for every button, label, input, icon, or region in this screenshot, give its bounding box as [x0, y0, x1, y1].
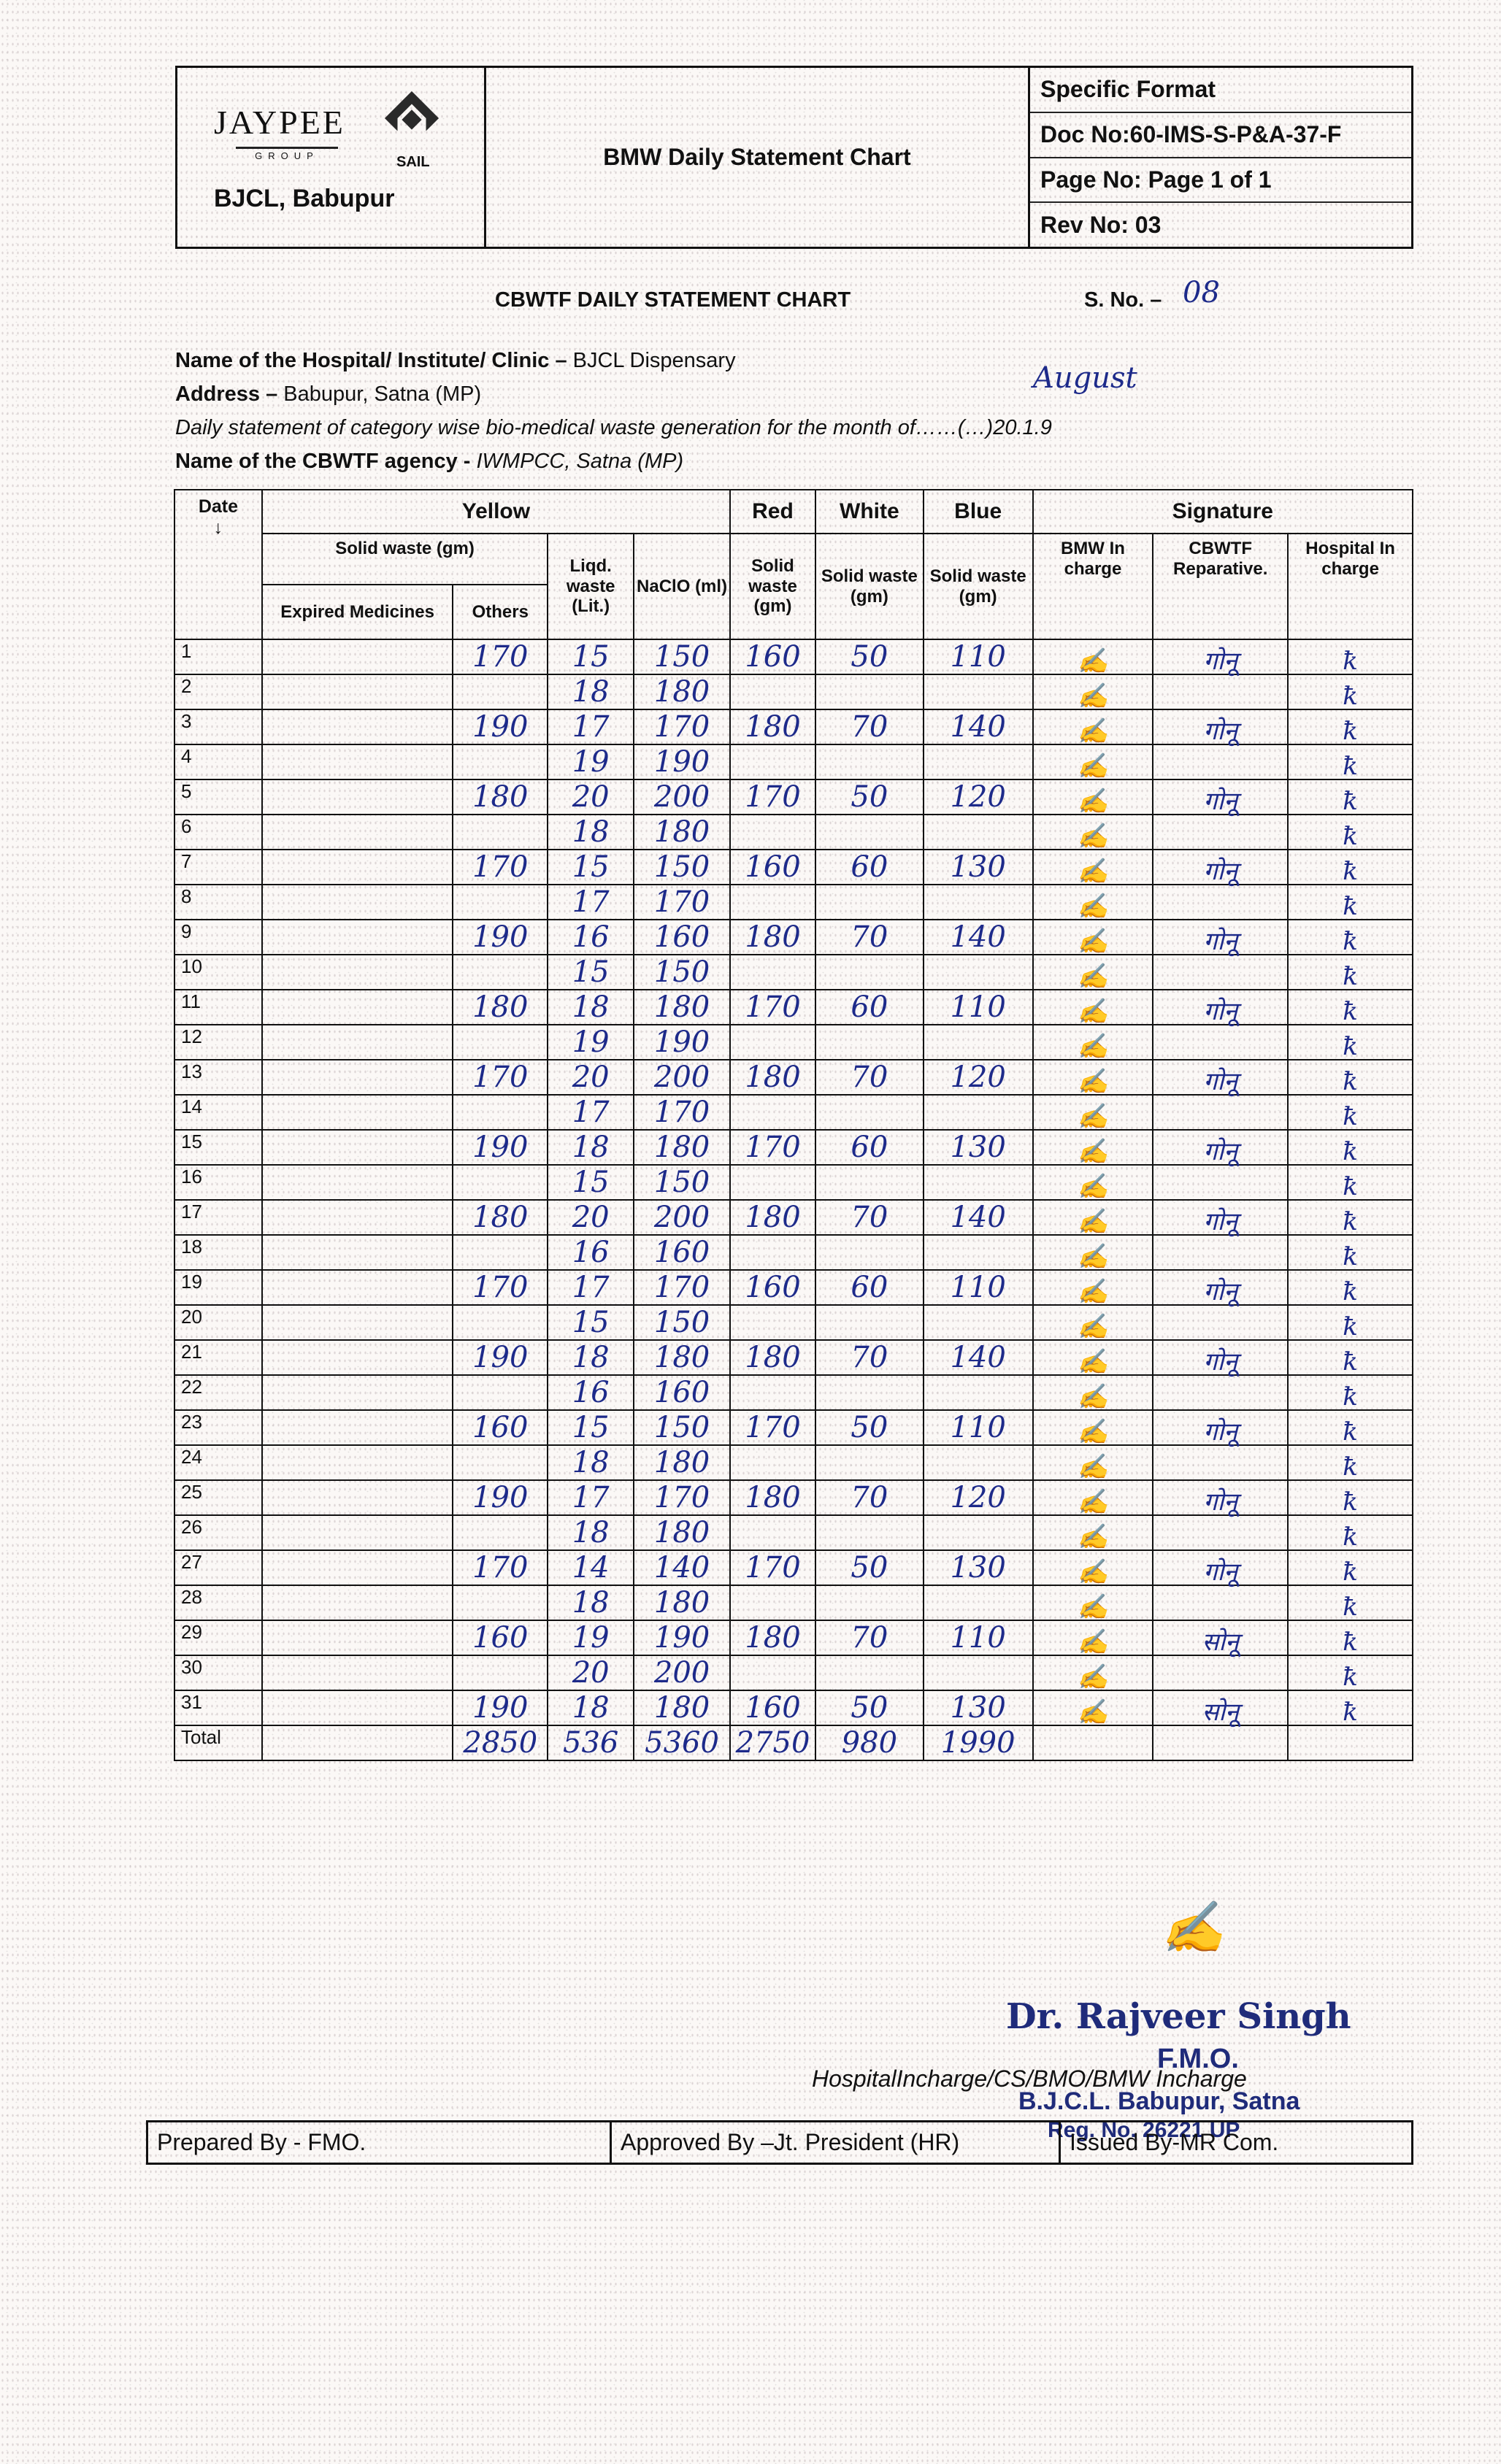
- cell-expired-medicines: [262, 1550, 453, 1585]
- cell-red-solid: 170: [730, 779, 815, 815]
- cell-expired-medicines: [262, 639, 453, 674]
- cell-expired-medicines: [262, 1515, 453, 1550]
- cell-cbwtf-signature: [1153, 1445, 1288, 1480]
- cell-liquid-waste: 18: [548, 1515, 634, 1550]
- cell-expired-medicines: [262, 1585, 453, 1620]
- cell-cbwtf-signature: [1153, 1165, 1288, 1200]
- cell-expired-medicines: [262, 1375, 453, 1410]
- cell-hospital-signature: ꝁ: [1288, 1515, 1413, 1550]
- table-row: 2216160✍ꝁ: [174, 1375, 1413, 1410]
- cell-cbwtf-signature: गोनू: [1153, 1480, 1288, 1515]
- cell-others: [453, 885, 548, 920]
- cell-others: 190: [453, 1690, 548, 1725]
- table-row: 817170✍ꝁ: [174, 885, 1413, 920]
- cell-blue-solid: [924, 1445, 1033, 1480]
- cell-naclo: 150: [634, 1165, 730, 1200]
- cell-liquid-waste: 18: [548, 1445, 634, 1480]
- cell-hospital-signature: ꝁ: [1288, 1025, 1413, 1060]
- header-white-solid: Solid waste (gm): [815, 534, 924, 639]
- cell-naclo: 180: [634, 990, 730, 1025]
- row-date: 15: [174, 1130, 262, 1165]
- cell-expired-medicines: [262, 1270, 453, 1305]
- cell-liquid-waste: 17: [548, 1095, 634, 1130]
- cell-blue-solid: [924, 1025, 1033, 1060]
- cell-blue-solid: 130: [924, 850, 1033, 885]
- jaypee-logo-subtext: GROUP: [236, 147, 338, 161]
- cell-bmw-signature: ✍: [1033, 1585, 1153, 1620]
- header-naclo: NaClO (ml): [634, 534, 730, 639]
- row-date: 28: [174, 1585, 262, 1620]
- cell-red-solid: [730, 1655, 815, 1690]
- cell-expired-medicines: [262, 1060, 453, 1095]
- cell-liquid-waste: 14: [548, 1550, 634, 1585]
- cell-others: [453, 1095, 548, 1130]
- cell-blue-solid: 110: [924, 1620, 1033, 1655]
- row-date: 22: [174, 1375, 262, 1410]
- cell-red-solid: 160: [730, 639, 815, 674]
- cell-cbwtf-signature: गोनू: [1153, 990, 1288, 1025]
- cell-blue-solid: 110: [924, 990, 1033, 1025]
- cell-cbwtf-signature: गोनू: [1153, 709, 1288, 744]
- cell-white-solid: [815, 1235, 924, 1270]
- cell-hospital-signature: ꝁ: [1288, 779, 1413, 815]
- cell-hospital-signature: ꝁ: [1288, 639, 1413, 674]
- total-hospital-blank: [1288, 1725, 1413, 1760]
- table-row: 191701717016060110✍गोनूꝁ: [174, 1270, 1413, 1305]
- cell-red-solid: 170: [730, 1550, 815, 1585]
- total-cbwtf-blank: [1153, 1725, 1288, 1760]
- agency-label: Name of the CBWTF agency -: [175, 450, 470, 473]
- cell-hospital-signature: ꝁ: [1288, 1375, 1413, 1410]
- cell-liquid-waste: 20: [548, 1060, 634, 1095]
- header-liquid-waste: Liqd. waste (Lit.): [548, 534, 634, 639]
- cell-white-solid: 70: [815, 709, 924, 744]
- cell-cbwtf-signature: गोनू: [1153, 1200, 1288, 1235]
- cell-others: [453, 1655, 548, 1690]
- cell-cbwtf-signature: [1153, 744, 1288, 779]
- cell-blue-solid: [924, 1235, 1033, 1270]
- total-label: Total: [174, 1725, 262, 1760]
- cell-naclo: 180: [634, 1690, 730, 1725]
- cell-expired-medicines: [262, 1655, 453, 1690]
- header-others: Others: [453, 585, 548, 639]
- total-expired: [262, 1725, 453, 1760]
- cell-naclo: 200: [634, 1060, 730, 1095]
- table-row: 11701515016050110✍गोनूꝁ: [174, 639, 1413, 674]
- cell-red-solid: 180: [730, 709, 815, 744]
- table-row: 311901818016050130✍सोनूꝁ: [174, 1690, 1413, 1725]
- table-row: 51802020017050120✍गोनूꝁ: [174, 779, 1413, 815]
- row-date: 25: [174, 1480, 262, 1515]
- table-row: 419190✍ꝁ: [174, 744, 1413, 779]
- month-handwritten: August: [1033, 361, 1137, 395]
- agency-line: Name of the CBWTF agency - IWMPCC, Satna…: [175, 450, 683, 474]
- cell-naclo: 150: [634, 850, 730, 885]
- cell-bmw-signature: ✍: [1033, 1095, 1153, 1130]
- cell-others: [453, 744, 548, 779]
- cell-blue-solid: 140: [924, 1340, 1033, 1375]
- cell-white-solid: [815, 744, 924, 779]
- cell-bmw-signature: ✍: [1033, 1690, 1153, 1725]
- cell-red-solid: 160: [730, 1690, 815, 1725]
- cell-white-solid: 70: [815, 1200, 924, 1235]
- table-row: 171802020018070140✍गोनूꝁ: [174, 1200, 1413, 1235]
- cell-hospital-signature: ꝁ: [1288, 850, 1413, 885]
- cell-liquid-waste: 18: [548, 1130, 634, 1165]
- cell-hospital-signature: ꝁ: [1288, 1060, 1413, 1095]
- row-date: 10: [174, 955, 262, 990]
- cell-naclo: 150: [634, 1410, 730, 1445]
- cell-liquid-waste: 15: [548, 955, 634, 990]
- cell-red-solid: 170: [730, 990, 815, 1025]
- cell-expired-medicines: [262, 1200, 453, 1235]
- document-header: JAYPEE GROUP SAIL BJCL, Babupur BMW Dail…: [175, 66, 1413, 249]
- total-naclo: 5360: [634, 1725, 730, 1760]
- cell-bmw-signature: ✍: [1033, 1270, 1153, 1305]
- row-date: 14: [174, 1095, 262, 1130]
- cell-cbwtf-signature: [1153, 1095, 1288, 1130]
- footer-box: Prepared By - FMO. Approved By –Jt. Pres…: [146, 2120, 1413, 2165]
- cell-expired-medicines: [262, 1620, 453, 1655]
- cell-bmw-signature: ✍: [1033, 1620, 1153, 1655]
- cell-expired-medicines: [262, 1235, 453, 1270]
- cell-bmw-signature: ✍: [1033, 1340, 1153, 1375]
- cell-naclo: 170: [634, 885, 730, 920]
- cell-naclo: 200: [634, 779, 730, 815]
- cell-others: 170: [453, 639, 548, 674]
- table-row: 3020200✍ꝁ: [174, 1655, 1413, 1690]
- cell-cbwtf-signature: [1153, 815, 1288, 850]
- sail-logo-icon: [383, 90, 440, 147]
- cell-naclo: 180: [634, 1340, 730, 1375]
- cell-hospital-signature: ꝁ: [1288, 815, 1413, 850]
- table-row: 1015150✍ꝁ: [174, 955, 1413, 990]
- cell-bmw-signature: ✍: [1033, 1305, 1153, 1340]
- row-date: 27: [174, 1550, 262, 1585]
- row-date: 11: [174, 990, 262, 1025]
- cell-blue-solid: 130: [924, 1130, 1033, 1165]
- cell-white-solid: [815, 674, 924, 709]
- cell-others: [453, 955, 548, 990]
- table-row: 31901717018070140✍गोनूꝁ: [174, 709, 1413, 744]
- cell-red-solid: 180: [730, 1060, 815, 1095]
- cell-hospital-signature: ꝁ: [1288, 1445, 1413, 1480]
- row-date: 3: [174, 709, 262, 744]
- cell-expired-medicines: [262, 779, 453, 815]
- cell-naclo: 150: [634, 1305, 730, 1340]
- cell-others: 160: [453, 1410, 548, 1445]
- row-date: 6: [174, 815, 262, 850]
- cell-expired-medicines: [262, 850, 453, 885]
- cell-hospital-signature: ꝁ: [1288, 1165, 1413, 1200]
- table-row: 1615150✍ꝁ: [174, 1165, 1413, 1200]
- waste-table: Date ↓ Yellow Red White Blue Signature S…: [174, 489, 1413, 1761]
- row-date: 16: [174, 1165, 262, 1200]
- cell-naclo: 180: [634, 674, 730, 709]
- cell-red-solid: 180: [730, 1340, 815, 1375]
- cell-cbwtf-signature: गोनू: [1153, 1130, 1288, 1165]
- cell-bmw-signature: ✍: [1033, 1025, 1153, 1060]
- cell-red-solid: [730, 1515, 815, 1550]
- cell-bmw-signature: ✍: [1033, 1445, 1153, 1480]
- agency-value: IWMPCC, Satna (MP): [477, 450, 684, 473]
- cell-white-solid: [815, 1515, 924, 1550]
- cell-expired-medicines: [262, 744, 453, 779]
- cell-others: 170: [453, 1060, 548, 1095]
- table-row: 111801818017060110✍गोनूꝁ: [174, 990, 1413, 1025]
- table-row: 1417170✍ꝁ: [174, 1095, 1413, 1130]
- row-date: 8: [174, 885, 262, 920]
- cell-others: [453, 1305, 548, 1340]
- cell-red-solid: 180: [730, 1480, 815, 1515]
- page-number: Page No: Page 1 of 1: [1030, 158, 1411, 204]
- cell-liquid-waste: 20: [548, 1200, 634, 1235]
- cell-bmw-signature: ✍: [1033, 1550, 1153, 1585]
- table-row: 2418180✍ꝁ: [174, 1445, 1413, 1480]
- cell-hospital-signature: ꝁ: [1288, 1550, 1413, 1585]
- cell-white-solid: 70: [815, 1480, 924, 1515]
- cell-others: 190: [453, 709, 548, 744]
- cell-naclo: 180: [634, 1445, 730, 1480]
- cell-others: [453, 1375, 548, 1410]
- doctor-signature: ✍: [1161, 1898, 1224, 1958]
- cell-red-solid: [730, 1095, 815, 1130]
- table-row: 251901717018070120✍गोनूꝁ: [174, 1480, 1413, 1515]
- cell-blue-solid: 120: [924, 779, 1033, 815]
- cell-cbwtf-signature: गोनू: [1153, 1550, 1288, 1585]
- cell-hospital-signature: ꝁ: [1288, 885, 1413, 920]
- cell-cbwtf-signature: गोनू: [1153, 639, 1288, 674]
- cell-red-solid: 170: [730, 1410, 815, 1445]
- cell-expired-medicines: [262, 1690, 453, 1725]
- cell-blue-solid: [924, 1375, 1033, 1410]
- total-row: Total2850536536027509801990: [174, 1725, 1413, 1760]
- cell-bmw-signature: ✍: [1033, 1655, 1153, 1690]
- address-line: Address – Babupur, Satna (MP): [175, 382, 481, 407]
- cell-expired-medicines: [262, 885, 453, 920]
- cell-white-solid: 60: [815, 1130, 924, 1165]
- cell-liquid-waste: 20: [548, 779, 634, 815]
- cell-white-solid: [815, 1585, 924, 1620]
- cell-expired-medicines: [262, 1130, 453, 1165]
- cell-naclo: 180: [634, 1585, 730, 1620]
- cell-others: [453, 815, 548, 850]
- cell-hospital-signature: ꝁ: [1288, 1130, 1413, 1165]
- table-row: 271701414017050130✍गोनूꝁ: [174, 1550, 1413, 1585]
- cell-liquid-waste: 19: [548, 1620, 634, 1655]
- cell-cbwtf-signature: [1153, 1585, 1288, 1620]
- cell-naclo: 190: [634, 744, 730, 779]
- cell-white-solid: [815, 1095, 924, 1130]
- cell-white-solid: 60: [815, 990, 924, 1025]
- table-row: 1219190✍ꝁ: [174, 1025, 1413, 1060]
- cell-hospital-signature: ꝁ: [1288, 1305, 1413, 1340]
- doc-number: Doc No:60-IMS-S-P&A-37-F: [1030, 113, 1411, 158]
- header-red: Red: [730, 490, 815, 534]
- row-date: 9: [174, 920, 262, 955]
- cell-expired-medicines: [262, 1340, 453, 1375]
- cell-white-solid: 60: [815, 850, 924, 885]
- cell-cbwtf-signature: [1153, 955, 1288, 990]
- cell-naclo: 200: [634, 1655, 730, 1690]
- row-date: 2: [174, 674, 262, 709]
- cell-naclo: 180: [634, 815, 730, 850]
- cell-cbwtf-signature: [1153, 1235, 1288, 1270]
- cell-others: [453, 1235, 548, 1270]
- cell-bmw-signature: ✍: [1033, 920, 1153, 955]
- cell-white-solid: 70: [815, 1340, 924, 1375]
- cell-red-solid: 180: [730, 920, 815, 955]
- cell-hospital-signature: ꝁ: [1288, 1095, 1413, 1130]
- table-row: 2015150✍ꝁ: [174, 1305, 1413, 1340]
- cell-naclo: 170: [634, 709, 730, 744]
- cell-liquid-waste: 16: [548, 920, 634, 955]
- cell-white-solid: 50: [815, 779, 924, 815]
- statement-text: Daily statement of category wise bio-med…: [175, 416, 1052, 439]
- total-bmw-blank: [1033, 1725, 1153, 1760]
- cell-blue-solid: [924, 1655, 1033, 1690]
- cell-hospital-signature: ꝁ: [1288, 1690, 1413, 1725]
- cell-naclo: 160: [634, 920, 730, 955]
- cell-blue-solid: 130: [924, 1690, 1033, 1725]
- row-date: 26: [174, 1515, 262, 1550]
- cell-red-solid: [730, 815, 815, 850]
- header-expired-medicines: Expired Medicines: [262, 585, 453, 639]
- cell-liquid-waste: 20: [548, 1655, 634, 1690]
- cell-expired-medicines: [262, 709, 453, 744]
- cell-blue-solid: 140: [924, 709, 1033, 744]
- cell-blue-solid: 110: [924, 1410, 1033, 1445]
- cell-liquid-waste: 17: [548, 709, 634, 744]
- cell-naclo: 160: [634, 1235, 730, 1270]
- total-liquid: 536: [548, 1725, 634, 1760]
- cell-others: 190: [453, 1480, 548, 1515]
- cell-hospital-signature: ꝁ: [1288, 1410, 1413, 1445]
- cell-naclo: 180: [634, 1130, 730, 1165]
- cell-expired-medicines: [262, 1095, 453, 1130]
- cell-expired-medicines: [262, 955, 453, 990]
- cell-bmw-signature: ✍: [1033, 955, 1153, 990]
- cell-bmw-signature: ✍: [1033, 1375, 1153, 1410]
- cell-liquid-waste: 16: [548, 1375, 634, 1410]
- cell-blue-solid: [924, 1305, 1033, 1340]
- hospital-label: Name of the Hospital/ Institute/ Clinic …: [175, 349, 567, 372]
- cell-liquid-waste: 15: [548, 1165, 634, 1200]
- row-date: 19: [174, 1270, 262, 1305]
- cell-naclo: 180: [634, 1515, 730, 1550]
- header-date: Date ↓: [174, 490, 262, 639]
- cell-white-solid: [815, 815, 924, 850]
- cell-red-solid: [730, 955, 815, 990]
- cell-liquid-waste: 15: [548, 1410, 634, 1445]
- cell-others: 190: [453, 1130, 548, 1165]
- row-date: 1: [174, 639, 262, 674]
- cell-expired-medicines: [262, 1410, 453, 1445]
- cell-blue-solid: 140: [924, 1200, 1033, 1235]
- cell-bmw-signature: ✍: [1033, 1410, 1153, 1445]
- cell-hospital-signature: ꝁ: [1288, 1270, 1413, 1305]
- cell-cbwtf-signature: सोनू: [1153, 1690, 1288, 1725]
- cell-white-solid: 70: [815, 920, 924, 955]
- serial-number-value: 08: [1183, 276, 1220, 309]
- cell-white-solid: [815, 885, 924, 920]
- cell-white-solid: 50: [815, 639, 924, 674]
- cell-liquid-waste: 17: [548, 885, 634, 920]
- statement-line: Daily statement of category wise bio-med…: [175, 416, 1052, 440]
- cell-white-solid: [815, 1375, 924, 1410]
- row-date: 21: [174, 1340, 262, 1375]
- section-title: CBWTF DAILY STATEMENT CHART: [495, 288, 851, 312]
- cell-naclo: 140: [634, 1550, 730, 1585]
- down-arrow-icon: ↓: [175, 517, 261, 539]
- cell-hospital-signature: ꝁ: [1288, 744, 1413, 779]
- stamp-org: B.J.C.L. Babupur, Satna: [1018, 2087, 1300, 2116]
- cell-cbwtf-signature: [1153, 1375, 1288, 1410]
- cell-others: 170: [453, 1270, 548, 1305]
- cell-blue-solid: 120: [924, 1480, 1033, 1515]
- row-date: 13: [174, 1060, 262, 1095]
- cell-red-solid: 180: [730, 1200, 815, 1235]
- header-white: White: [815, 490, 924, 534]
- cell-expired-medicines: [262, 815, 453, 850]
- cell-others: 180: [453, 779, 548, 815]
- cell-white-solid: 70: [815, 1620, 924, 1655]
- cell-others: 170: [453, 850, 548, 885]
- cell-white-solid: 70: [815, 1060, 924, 1095]
- cell-white-solid: [815, 1025, 924, 1060]
- cell-liquid-waste: 19: [548, 744, 634, 779]
- cell-red-solid: [730, 1375, 815, 1410]
- cell-others: [453, 674, 548, 709]
- cell-bmw-signature: ✍: [1033, 639, 1153, 674]
- cell-blue-solid: [924, 815, 1033, 850]
- document-meta: Specific Format Doc No:60-IMS-S-P&A-37-F…: [1030, 68, 1411, 247]
- cell-cbwtf-signature: [1153, 674, 1288, 709]
- hospital-line: Name of the Hospital/ Institute/ Clinic …: [175, 349, 736, 373]
- cell-naclo: 190: [634, 1025, 730, 1060]
- prepared-by: Prepared By - FMO.: [148, 2122, 612, 2163]
- row-date: 4: [174, 744, 262, 779]
- cell-naclo: 170: [634, 1270, 730, 1305]
- total-white: 980: [815, 1725, 924, 1760]
- cell-others: 160: [453, 1620, 548, 1655]
- cell-bmw-signature: ✍: [1033, 885, 1153, 920]
- header-solid-waste: Solid waste (gm): [262, 534, 548, 585]
- total-blue: 1990: [924, 1725, 1033, 1760]
- cell-blue-solid: [924, 674, 1033, 709]
- header-blue-solid: Solid waste (gm): [924, 534, 1033, 639]
- row-date: 31: [174, 1690, 262, 1725]
- address-value: Babupur, Satna (MP): [283, 382, 481, 406]
- cell-white-solid: 50: [815, 1410, 924, 1445]
- cell-liquid-waste: 15: [548, 639, 634, 674]
- cell-others: [453, 1445, 548, 1480]
- header-signature: Signature: [1033, 490, 1413, 534]
- total-others: 2850: [453, 1725, 548, 1760]
- cell-naclo: 170: [634, 1480, 730, 1515]
- cell-hospital-signature: ꝁ: [1288, 1200, 1413, 1235]
- cell-cbwtf-signature: [1153, 1305, 1288, 1340]
- cell-liquid-waste: 18: [548, 674, 634, 709]
- cell-hospital-signature: ꝁ: [1288, 920, 1413, 955]
- unit-name: BJCL, Babupur: [214, 185, 394, 213]
- cell-bmw-signature: ✍: [1033, 1060, 1153, 1095]
- cell-blue-solid: [924, 955, 1033, 990]
- cell-hospital-signature: ꝁ: [1288, 1480, 1413, 1515]
- row-date: 30: [174, 1655, 262, 1690]
- row-date: 23: [174, 1410, 262, 1445]
- revision-number: Rev No: 03: [1030, 203, 1411, 247]
